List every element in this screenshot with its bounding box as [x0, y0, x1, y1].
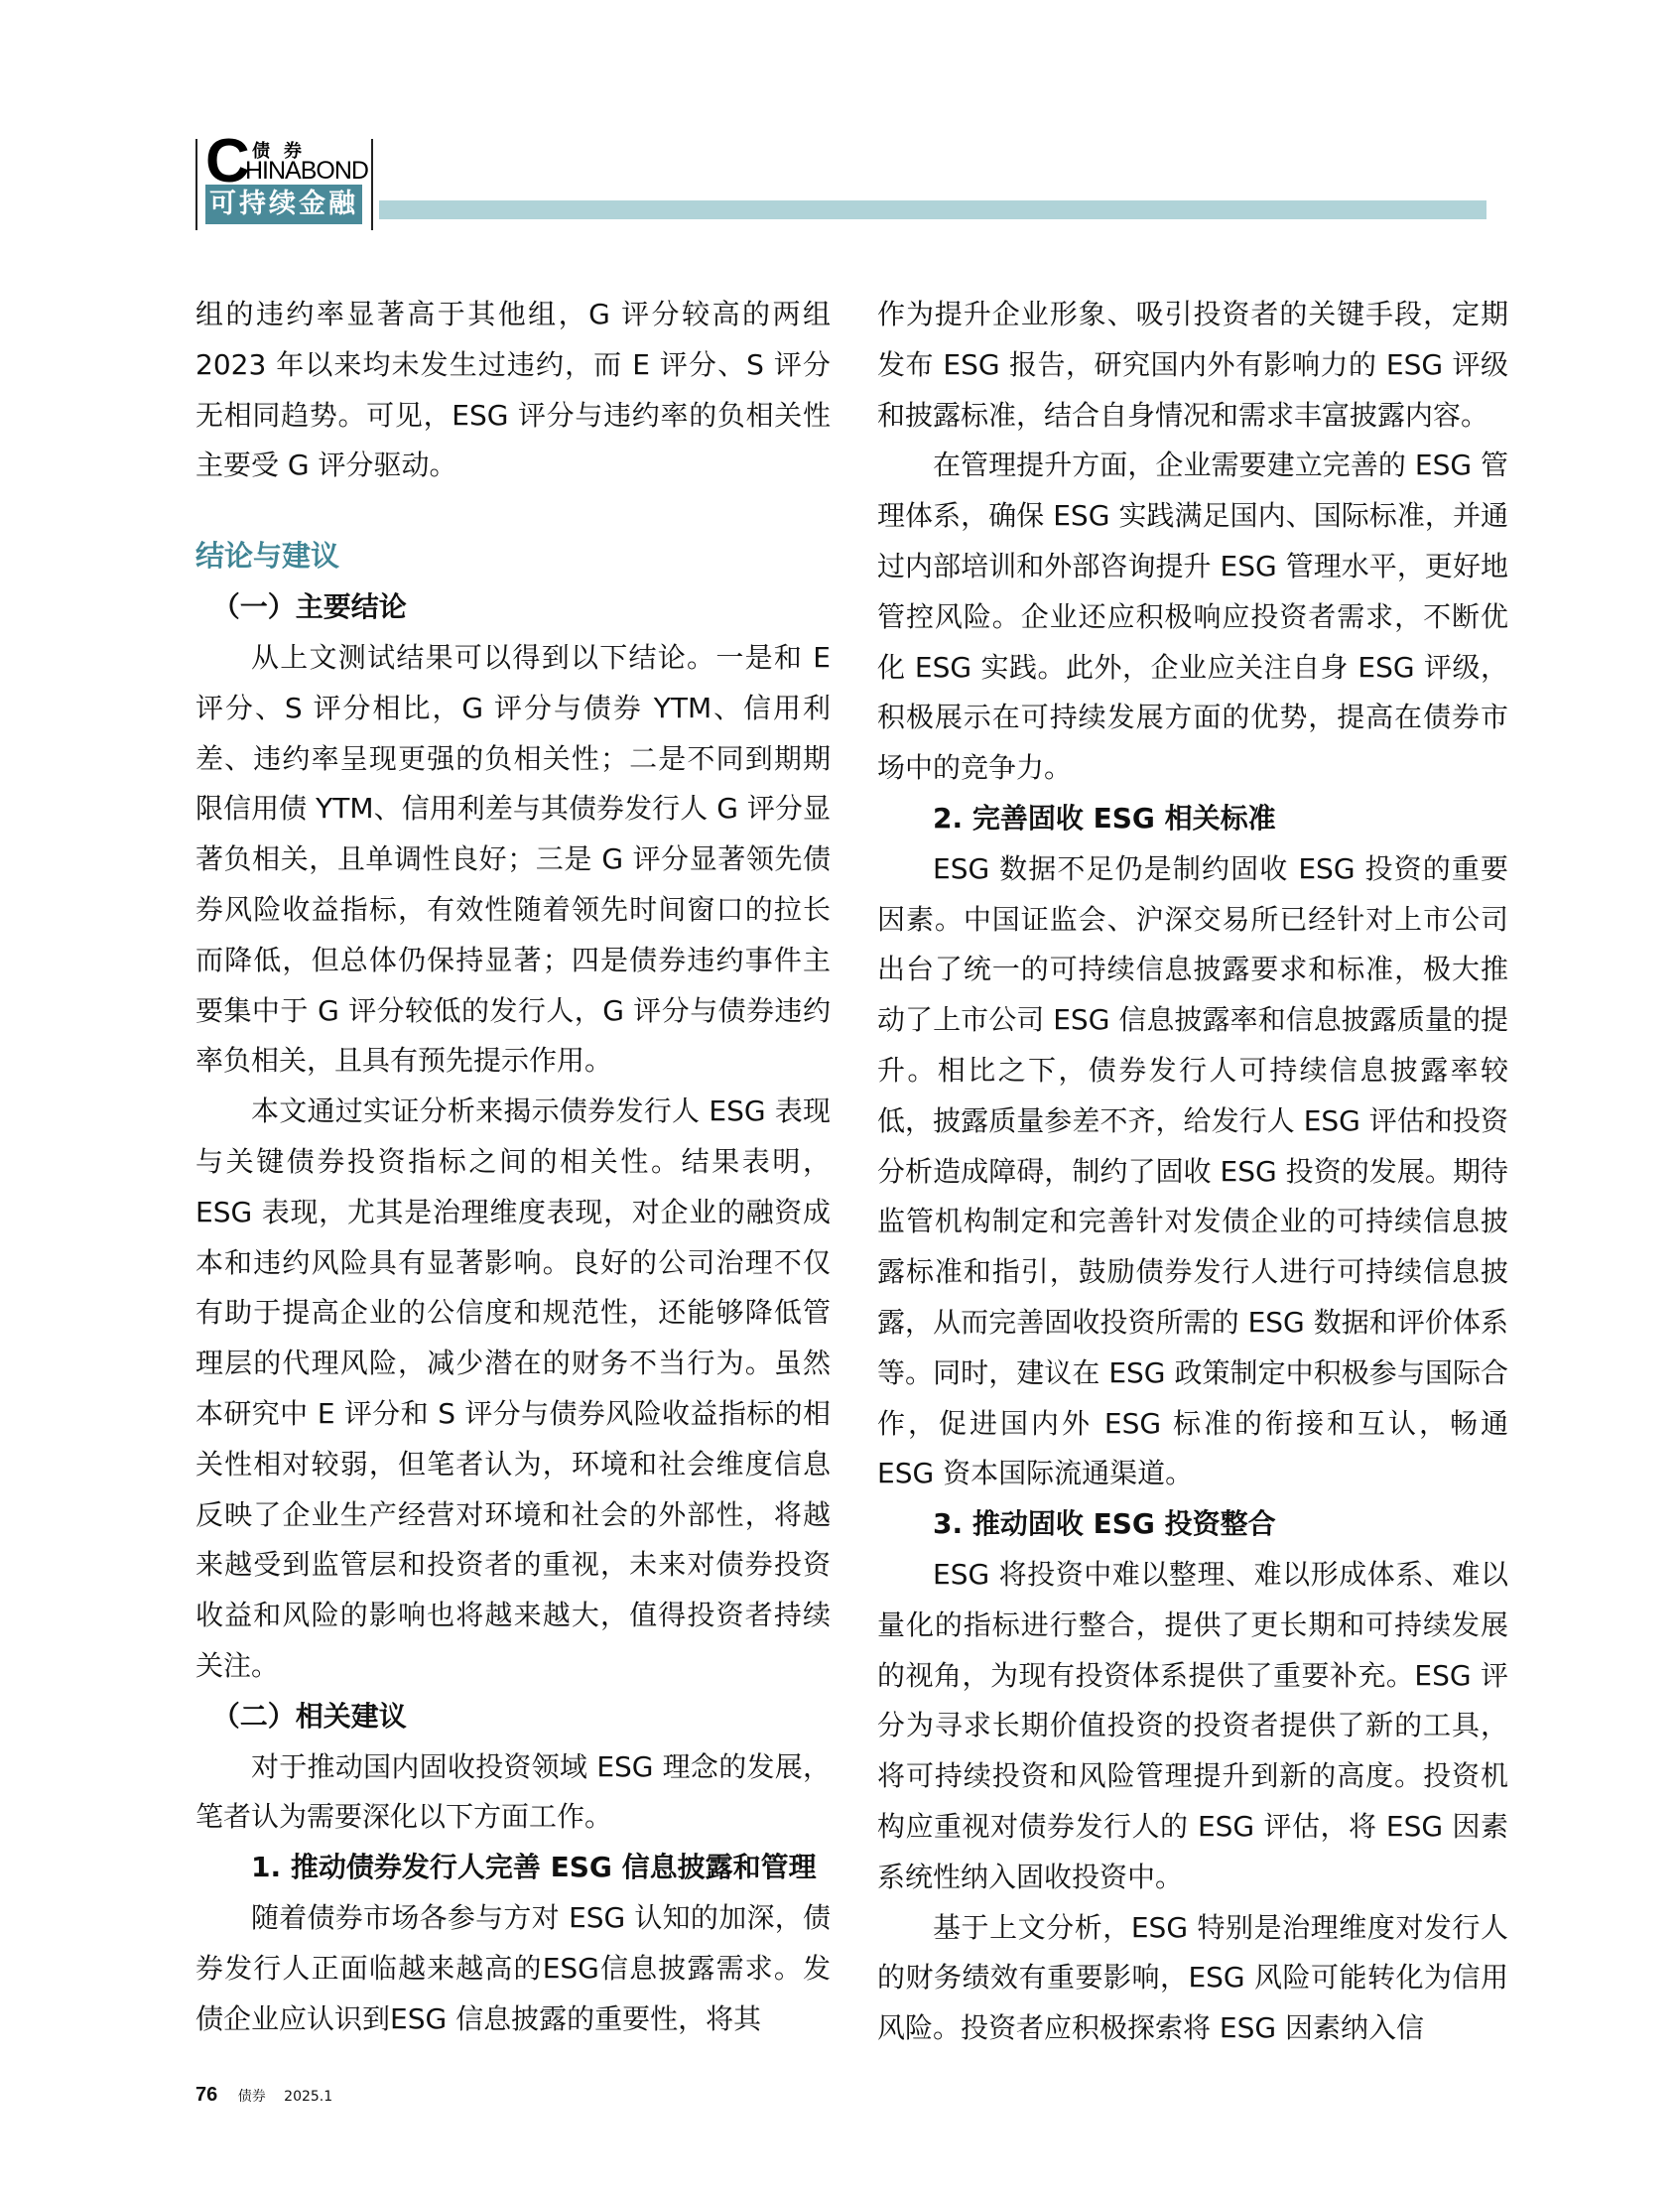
paragraph-conclusions: 从上文测试结果可以得到以下结论。一是和 E 评分、S 评分相比，G 评分与债券 …	[195, 633, 831, 1087]
left-column: 组的违约率显著高于其他组，G 评分较高的两组 2023 年以来均未发生过违约，而…	[195, 290, 831, 2044]
logo-english: HINABOND	[245, 157, 368, 185]
paragraph-recommendations-intro: 对于推动国内固收投资领域 ESG 理念的发展，笔者认为需要深化以下方面工作。	[195, 1742, 831, 1844]
page-footer: 76 债券 2025.1	[195, 2084, 332, 2107]
right-column: 作为提升企业形象、吸引投资者的关键手段，定期发布 ESG 报告，研究国内外有影响…	[877, 290, 1508, 2054]
header-left-rule	[195, 139, 197, 230]
issue-number: 2025.1	[284, 2089, 332, 2105]
paragraph-item-1-continued: 作为提升企业形象、吸引投资者的关键手段，定期发布 ESG 报告，研究国内外有影响…	[877, 290, 1508, 441]
section-label: 可持续金融	[205, 185, 362, 224]
header-right-rule	[371, 139, 373, 230]
section-title: 结论与建议	[195, 531, 831, 580]
journal-name: 债券	[238, 2089, 266, 2105]
logo-initial: C	[205, 131, 248, 193]
chinabond-logo: C 债券 HINABOND 可持续金融	[205, 135, 364, 224]
item-title-3: 3. 推动固收 ESG 投资整合	[877, 1499, 1508, 1550]
item-title-2: 2. 完善固收 ESG 相关标准	[877, 794, 1508, 844]
paragraph-closing: 基于上文分析，ESG 特别是治理维度对发行人的财务绩效有重要影响，ESG 风险可…	[877, 1903, 1508, 2054]
paragraph-item-3: ESG 将投资中难以整理、难以形成体系、难以量化的指标进行整合，提供了更长期和可…	[877, 1550, 1508, 1903]
paragraph-continued: 组的违约率显著高于其他组，G 评分较高的两组 2023 年以来均未发生过违约，而…	[195, 290, 831, 491]
paragraph-item-1: 随着债券市场各参与方对 ESG 认知的加深，债券发行人正面临越来越高的ESG信息…	[195, 1893, 831, 2044]
paragraph-summary: 本文通过实证分析来揭示债券发行人 ESG 表现与关键债券投资指标之间的相关性。结…	[195, 1087, 831, 1692]
header-decorative-band	[379, 200, 1486, 219]
subsection-title-conclusions: （一）主要结论	[195, 582, 831, 633]
paragraph-management: 在管理提升方面，企业需要建立完善的 ESG 管理体系，确保 ESG 实践满足国内…	[877, 441, 1508, 794]
item-title-1: 1. 推动债券发行人完善 ESG 信息披露和管理	[195, 1843, 831, 1893]
page-number: 76	[195, 2084, 217, 2106]
paragraph-item-2: ESG 数据不足仍是制约固收 ESG 投资的重要因素。中国证监会、沪深交易所已经…	[877, 844, 1508, 1499]
subsection-title-recommendations: （二）相关建议	[195, 1692, 831, 1742]
